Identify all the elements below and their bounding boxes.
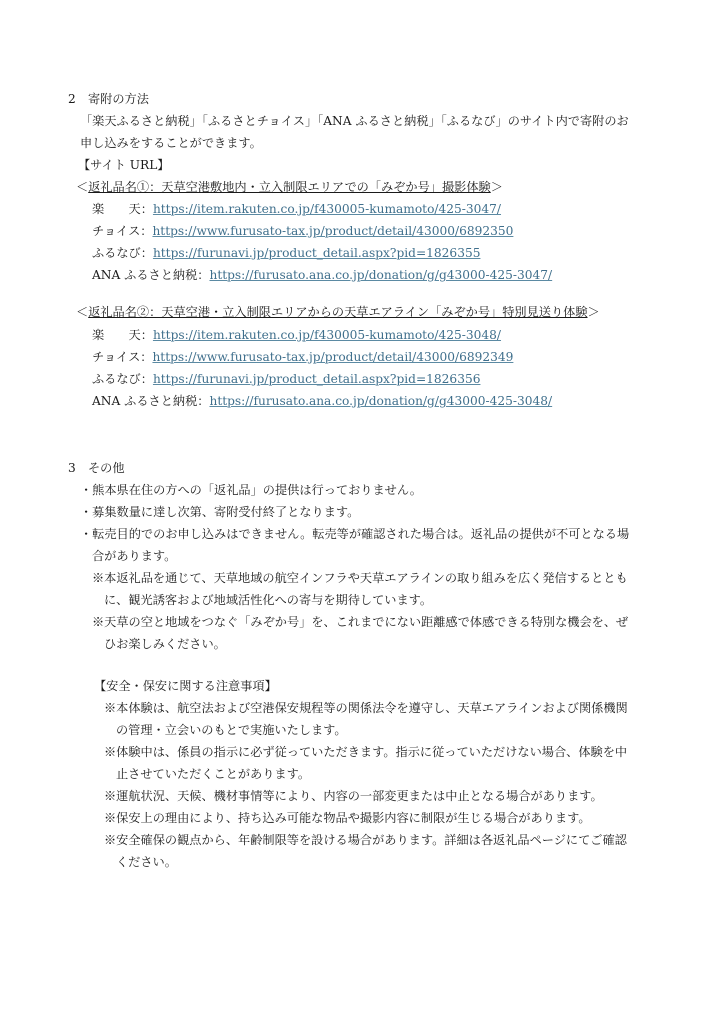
- item-2-link-choice: チョイス：https://www.furusato-tax.jp/product…: [92, 348, 513, 366]
- link-label: ふるなび：: [92, 372, 153, 386]
- safety-heading: 【安全・保安に関する注意事項】: [94, 677, 277, 695]
- ana-url-link[interactable]: https://furusato.ana.co.jp/donation/g/g4…: [209, 268, 552, 282]
- bullet-2: ・募集数量に達し次第、寄附受付終了となります。: [80, 503, 359, 521]
- link-label: 楽 天：: [92, 202, 153, 216]
- link-label: ANA ふるさと納税：: [92, 394, 209, 408]
- bracket-close: ＞: [491, 180, 503, 194]
- item-2-title-text: 返礼品名②：天草空港・立入制限エリアからの天草エアライン「みぞか号」特別見送り体…: [88, 305, 587, 319]
- section-2-intro-line-2: 申し込みをすることができます。: [80, 134, 262, 152]
- bracket-close: ＞: [588, 305, 600, 319]
- ana-url-link[interactable]: https://furusato.ana.co.jp/donation/g/g4…: [209, 394, 552, 408]
- note-2: ※天草の空と地域をつなぐ「みぞか号」を、これまでにない距離感で体感できる特別な機…: [92, 613, 628, 631]
- choice-url-link[interactable]: https://www.furusato-tax.jp/product/deta…: [152, 224, 513, 238]
- item-2-link-rakuten: 楽 天：https://item.rakuten.co.jp/f430005-k…: [92, 326, 501, 344]
- note-2-cont: ひお楽しみください。: [104, 635, 226, 653]
- safety-note-2-cont: 止させていただくことがあります。: [116, 765, 310, 783]
- section-2-heading: 2 寄附の方法: [68, 90, 149, 108]
- item-1-link-rakuten: 楽 天：https://item.rakuten.co.jp/f430005-k…: [92, 200, 501, 218]
- item-2-title: ＜返礼品名②：天草空港・立入制限エリアからの天草エアライン「みぞか号」特別見送り…: [76, 303, 600, 321]
- link-label: チョイス：: [92, 224, 152, 238]
- choice-url-link[interactable]: https://www.furusato-tax.jp/product/deta…: [152, 350, 513, 364]
- rakuten-url-link[interactable]: https://item.rakuten.co.jp/f430005-kumam…: [153, 328, 501, 342]
- link-label: 楽 天：: [92, 328, 153, 342]
- furunavi-url-link[interactable]: https://furunavi.jp/product_detail.aspx?…: [153, 372, 481, 386]
- bullet-1: ・熊本県在住の方への「返礼品」の提供は行っておりません。: [80, 481, 422, 499]
- safety-note-4: ※保安上の理由により、持ち込み可能な物品や撮影内容に制限が生じる場合があります。: [104, 809, 591, 827]
- item-2-link-furunavi: ふるなび：https://furunavi.jp/product_detail.…: [92, 370, 480, 388]
- item-1-link-ana: ANA ふるさと納税：https://furusato.ana.co.jp/do…: [92, 266, 552, 284]
- note-1-cont: に、観光誘客および地域活性化への寄与を期待しています。: [104, 591, 432, 609]
- safety-note-5-cont: ください。: [116, 853, 177, 871]
- safety-note-5: ※安全確保の観点から、年齢制限等を設ける場合があります。詳細は各返礼品ページにて…: [104, 831, 627, 849]
- rakuten-url-link[interactable]: https://item.rakuten.co.jp/f430005-kumam…: [153, 202, 501, 216]
- safety-note-1-cont: の管理・立会いのもとで実施いたします。: [116, 721, 347, 739]
- bullet-3: ・転売目的でのお申し込みはできません。転売等が確認された場合は。返礼品の提供が不…: [80, 525, 629, 543]
- link-label: ふるなび：: [92, 246, 153, 260]
- item-2-link-ana: ANA ふるさと納税：https://furusato.ana.co.jp/do…: [92, 392, 552, 410]
- safety-note-2: ※体験中は、係員の指示に必ず従っていただきます。指示に従っていただけない場合、体…: [104, 743, 627, 761]
- item-1-title-text: 返礼品名①：天草空港敷地内・立入制限エリアでの「みぞか号」撮影体験: [88, 180, 491, 194]
- safety-note-3: ※運航状況、天候、機材事情等により、内容の一部変更または中止となる場合があります…: [104, 787, 603, 805]
- note-1: ※本返礼品を通じて、天草地域の航空インフラや天草エアラインの取り組みを広く発信す…: [92, 569, 628, 587]
- bracket-open: ＜: [76, 180, 88, 194]
- link-label: チョイス：: [92, 350, 152, 364]
- bullet-3-cont: 合があります。: [92, 547, 176, 565]
- section-2-intro-line-1: 「楽天ふるさと納税」「ふるさとチョイス」「ANA ふるさと納税」「ふるなび」のサ…: [80, 112, 629, 130]
- section-3-heading: 3 その他: [68, 459, 125, 477]
- furunavi-url-link[interactable]: https://furunavi.jp/product_detail.aspx?…: [153, 246, 481, 260]
- site-url-label: 【サイト URL】: [78, 156, 170, 174]
- item-1-link-choice: チョイス：https://www.furusato-tax.jp/product…: [92, 222, 513, 240]
- bracket-open: ＜: [76, 305, 88, 319]
- item-1-title: ＜返礼品名①：天草空港敷地内・立入制限エリアでの「みぞか号」撮影体験＞: [76, 178, 503, 196]
- safety-note-1: ※本体験は、航空法および空港保安規程等の関係法令を遵守し、天草エアラインおよび関…: [104, 699, 628, 717]
- item-1-link-furunavi: ふるなび：https://furunavi.jp/product_detail.…: [92, 244, 480, 262]
- link-label: ANA ふるさと納税：: [92, 268, 209, 282]
